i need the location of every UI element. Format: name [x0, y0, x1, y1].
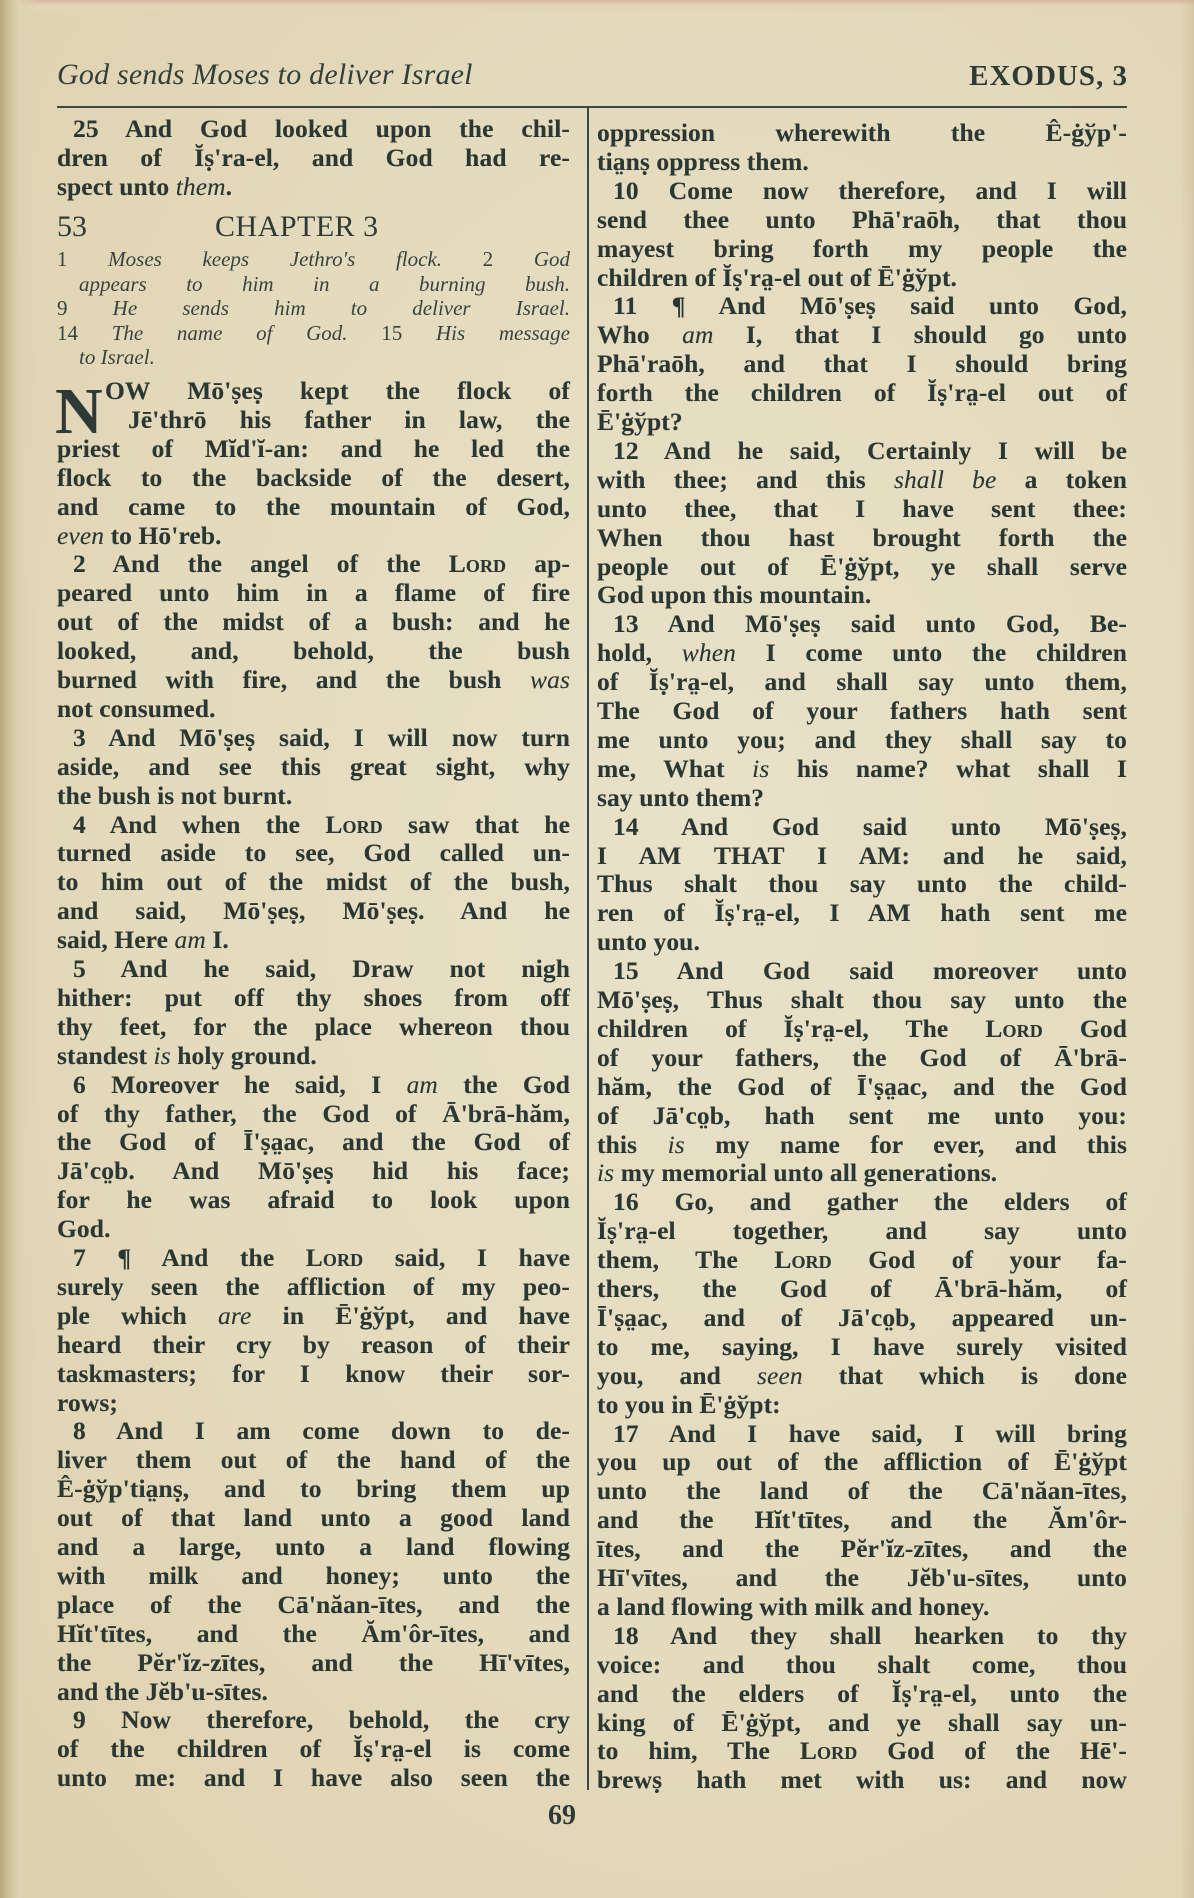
text-line: forth the children of Ĭṣ'ra̤-el out of [597, 378, 1127, 407]
text-segment: Hĭt'tītes, and the Ăm'ôr-ītes, and [57, 1619, 570, 1648]
text-segment: Jā'co̤b. And Mō'ṣeṣ hid his face; [57, 1156, 570, 1185]
italic-text: them [176, 172, 226, 201]
text-line: send thee unto Phā'raōh, that thou [597, 205, 1127, 234]
text-segment: to me, saying, I have surely visited [597, 1332, 1127, 1361]
text-segment: 17 And I have said, I will bring [613, 1419, 1127, 1448]
italic-text: are [218, 1301, 251, 1330]
text-segment: of the children of Ĭṣ'ra̤-el is come [57, 1734, 570, 1763]
small-caps-text: Lord [306, 1243, 363, 1272]
text-segment: ap- [506, 549, 570, 578]
text-segment: 18 And they shall hearken to thy [613, 1621, 1127, 1650]
text-segment: me unto you; and they shall say to [597, 725, 1127, 754]
text-segment: people out of Ē'ġўpt, ye shall serve [597, 552, 1127, 581]
text-line: Ĭṣ'ra̤-el together, and say unto [597, 1216, 1127, 1245]
text-segment: with thee; and this [597, 465, 894, 494]
text-segment: the God of Ī'ṣa̤ac, and the God of [57, 1127, 570, 1156]
text-line: the God of Ī'ṣa̤ac, and the God of [57, 1127, 570, 1156]
summary-text: He sends him to deliver Israel. [113, 296, 570, 320]
text-line: unto the land of the Cā'năan-ītes, [597, 1476, 1127, 1505]
text-line: 4 And when the Lord saw that he [57, 810, 570, 839]
text-segment: to him, The [597, 1736, 800, 1765]
text-segment: unto thee, that I have sent thee: [597, 494, 1127, 523]
text-segment: and the elders of Ĭṣ'ra̤-el, unto the [597, 1679, 1127, 1708]
text-segment: say unto them? [597, 783, 764, 812]
text-line: Jā'co̤b. And Mō'ṣeṣ hid his face; [57, 1156, 570, 1185]
text-segment: you, and [597, 1361, 757, 1390]
text-line: 6 Moreover he said, I am the God [57, 1070, 570, 1099]
text-segment: that which is done [803, 1361, 1127, 1390]
text-line: king of Ē'ġўpt, and ye shall say un- [597, 1708, 1127, 1737]
text-segment: rows; [57, 1388, 118, 1417]
italic-text: seen [757, 1361, 803, 1390]
text-segment: and said, Mō'ṣeṣ, Mō'ṣeṣ. And he [57, 896, 570, 925]
text-segment: 10 Come now therefore, and I will [613, 176, 1127, 205]
text-segment: a token [996, 465, 1127, 494]
header-rule [57, 106, 1127, 108]
text-segment: hăm, the God of Ī'ṣa̤ac, and the God [597, 1072, 1127, 1101]
summary-text: appears to him in a burning bush. [79, 272, 570, 296]
text-line: 25 And God looked upon the chil- [57, 114, 570, 143]
text-line: people out of Ē'ġўpt, ye shall serve [597, 552, 1127, 581]
text-segment: The God of your fathers hath sent [597, 696, 1127, 725]
text-line: and the elders of Ĭṣ'ra̤-el, unto the [597, 1679, 1127, 1708]
text-line: Ê-ġўp'tia̤nṣ, and to bring them up [57, 1474, 570, 1503]
text-segment: forth the children of Ĭṣ'ra̤-el out of [597, 378, 1127, 407]
text-segment: not consumed. [57, 694, 216, 723]
text-line: 3 And Mō'ṣeṣ said, I will now turn [57, 723, 570, 752]
text-line: children of Ĭṣ'ra̤-el, The Lord God [597, 1014, 1127, 1043]
text-line: surely seen the affliction of my peo- [57, 1272, 570, 1301]
text-segment: thy feet, for the place whereon thou [57, 1012, 570, 1041]
text-line: brewṣ hath met with us: and now [597, 1765, 1127, 1794]
text-segment: 7 ¶ And the [73, 1243, 306, 1272]
text-line: unto thee, that I have sent thee: [597, 494, 1127, 523]
italic-text: shall be [894, 465, 997, 494]
text-segment: Jē'thrō his father in law, the [128, 405, 570, 434]
text-segment: aside, and see this great sight, why [57, 752, 570, 781]
text-segment: in Ē'ġўpt, and have [251, 1301, 570, 1330]
text-segment: his name? what shall I [769, 754, 1127, 783]
section-number: 53 [57, 210, 87, 244]
text-line: rows; [57, 1388, 570, 1417]
text-segment: spect unto [57, 172, 176, 201]
text-line: of Ĭṣ'ra̤-el, and shall say unto them, [597, 667, 1127, 696]
text-segment: 5 And he said, Draw not nigh [73, 954, 570, 983]
text-line: Ī'ṣa̤ac, and of Jā'co̤b, appeared un- [597, 1303, 1127, 1332]
text-segment: the bush is not burnt. [57, 781, 292, 810]
text-line: Hĭt'tītes, and the Ăm'ôr-ītes, and [57, 1619, 570, 1648]
text-segment: to Hō'reb. [104, 521, 222, 550]
text-segment: Ē'ġўpt? [597, 407, 683, 436]
text-line: you, and seen that which is done [597, 1361, 1127, 1390]
text-line: not consumed. [57, 694, 570, 723]
text-segment: unto the land of the Cā'năan-ītes, [597, 1476, 1127, 1505]
text-line: 16 Go, and gather the elders of [597, 1187, 1127, 1216]
text-segment: hither: put off thy shoes from off [57, 983, 570, 1012]
text-line: taskmasters; for I know their sor- [57, 1359, 570, 1388]
text-segment: for he was afraid to look upon [57, 1185, 570, 1214]
text-line: 9 Now therefore, behold, the cry [57, 1705, 570, 1734]
text-segment: Ī'ṣa̤ac, and of Jā'co̤b, appeared un- [597, 1303, 1127, 1332]
text-segment: 6 Moreover he said, I [73, 1070, 407, 1099]
text-segment: send thee unto Phā'raōh, that thou [597, 205, 1127, 234]
text-segment: looked, and, behold, the bush [57, 636, 570, 665]
text-segment: the God [438, 1070, 570, 1099]
text-segment: liver them out of the hand of the [57, 1445, 570, 1474]
text-segment: of Ĭṣ'ra̤-el, and shall say unto them, [597, 667, 1127, 696]
text-line: 14 And God said unto Mō'ṣeṣ, [597, 812, 1127, 841]
text-line: and the Jĕb'u-sītes. [57, 1677, 570, 1706]
text-segment: voice: and thou shalt come, thou [597, 1650, 1127, 1679]
italic-text: was [530, 665, 570, 694]
text-line: 13 And Mō'ṣeṣ said unto God, Be- [597, 609, 1127, 638]
text-segment: taskmasters; for I know their sor- [57, 1359, 570, 1388]
text-line: say unto them? [597, 783, 1127, 812]
text-segment: God. [57, 1214, 111, 1243]
text-line: and came to the mountain of God, [57, 492, 570, 521]
text-line: me, What is his name? what shall I [597, 754, 1127, 783]
text-segment: and a large, unto a land flowing [57, 1532, 570, 1561]
small-caps-text: Lord [800, 1736, 857, 1765]
text-segment: Ê-ġўp'tia̤nṣ, and to bring them up [57, 1474, 570, 1503]
text-line: 10 Come now therefore, and I will [597, 176, 1127, 205]
text-line: unto me: and I have also seen the [57, 1763, 570, 1792]
italic-text: is [597, 1158, 614, 1187]
text-segment: king of Ē'ġўpt, and ye shall say un- [597, 1708, 1127, 1737]
italic-text: is [154, 1041, 171, 1070]
text-line: with milk and honey; unto the [57, 1561, 570, 1590]
text-segment: Phā'raōh, and that I should bring [597, 349, 1127, 378]
text-line: is my memorial unto all generations. [597, 1158, 1127, 1187]
italic-text: am [682, 320, 713, 349]
text-line: Thus shalt thou say unto the child- [597, 869, 1127, 898]
text-line: children of Ĭṣ'ra̤-el out of Ē'ġўpt. [597, 263, 1127, 292]
text-segment: to you in Ē'ġўpt: [597, 1390, 781, 1419]
text-line: me unto you; and they shall say to [597, 725, 1127, 754]
verse-ref: 9 [57, 296, 113, 320]
text-segment: turned aside to see, God called un- [57, 838, 570, 867]
text-line: with thee; and this shall be a token [597, 465, 1127, 494]
text-line: to him out of the midst of the bush, [57, 867, 570, 896]
text-line: you up out of the affliction of Ē'ġўpt [597, 1447, 1127, 1476]
text-segment: the Pĕr'ĭz-zītes, and the Hī'vītes, [57, 1648, 570, 1677]
text-segment: 25 And God looked upon the chil- [73, 114, 570, 143]
drop-cap: N [55, 383, 103, 441]
text-line: 12 And he said, Certainly I will be [597, 436, 1127, 465]
text-segment: Mō'ṣeṣ, Thus shalt thou say unto the [597, 985, 1127, 1014]
text-segment: Thus shalt thou say unto the child- [597, 869, 1127, 898]
text-segment: hold, [597, 638, 682, 667]
text-line: spect unto them. [57, 172, 570, 201]
small-caps-text: Lord [985, 1014, 1042, 1043]
text-line: for he was afraid to look upon [57, 1185, 570, 1214]
text-segment: God of your fa- [832, 1245, 1127, 1274]
text-line: God. [57, 1214, 570, 1243]
text-line: and said, Mō'ṣeṣ, Mō'ṣeṣ. And he [57, 896, 570, 925]
italic-text: when [682, 638, 736, 667]
summary-text: to Israel. [79, 345, 155, 369]
text-segment: them, The [597, 1245, 774, 1274]
text-line: Ē'ġўpt? [597, 407, 1127, 436]
text-line: this is my name for ever, and this [597, 1130, 1127, 1159]
summary-text: The name of God. [112, 321, 382, 345]
text-segment: said, Here [57, 925, 175, 954]
text-segment: God of the Hē'- [857, 1736, 1127, 1765]
text-segment: I AM THAT I AM: and he said, [597, 841, 1127, 870]
text-line: flock to the backside of the desert, [57, 463, 570, 492]
text-segment: saw that he [383, 810, 570, 839]
text-line: to you in Ē'ġўpt: [597, 1390, 1127, 1419]
running-title: God sends Moses to deliver Israel [57, 58, 473, 92]
text-segment: 4 And when the [73, 810, 325, 839]
text-line: peared unto him in a flame of fire [57, 578, 570, 607]
text-segment: ītes, and the Pĕr'ĭz-zītes, and the [597, 1534, 1127, 1563]
text-segment: 9 Now therefore, behold, the cry [73, 1705, 570, 1734]
italic-text: am [175, 925, 206, 954]
text-segment: unto me: and I have also seen the [57, 1763, 570, 1792]
italic-text: is [668, 1130, 685, 1159]
text-segment: surely seen the affliction of my peo- [57, 1272, 570, 1301]
text-line: heard their cry by reason of their [57, 1330, 570, 1359]
chapter-heading: CHAPTER 3 [215, 210, 379, 244]
text-line: hither: put off thy shoes from off [57, 983, 570, 1012]
text-line: a land flowing with milk and honey. [597, 1592, 1127, 1621]
text-line: priest of Mĭd'ĭ-an: and he led the [57, 434, 570, 463]
text-segment: place of the Cā'năan-ītes, and the [57, 1590, 570, 1619]
text-segment: 8 And I am come down to de- [73, 1416, 570, 1445]
text-line: The God of your fathers hath sent [597, 696, 1127, 725]
text-line: hold, when I come unto the children [597, 638, 1127, 667]
text-segment: this [597, 1130, 668, 1159]
text-line: of your fathers, the God of Ā'brā- [597, 1043, 1127, 1072]
text-segment: and the Hĭt'tītes, and the Ăm'ôr- [597, 1505, 1127, 1534]
text-segment: burned with fire, and the bush [57, 665, 530, 694]
text-segment: dren of Ĭṣ'ra-el, and God had re- [57, 143, 570, 172]
summary-line: to Israel. [57, 345, 570, 369]
text-segment: of thy father, the God of Ā'brā-hăm, [57, 1099, 570, 1128]
summary-line: 14 The name of God. 15 His message [57, 321, 570, 345]
summary-line: 1 Moses keeps Jethro's flock. 2 God [57, 247, 570, 271]
text-line: Who am I, that I should go unto [597, 320, 1127, 349]
text-line: turned aside to see, God called un- [57, 838, 570, 867]
text-line: OW Mō'ṣeṣ kept the flock of [105, 376, 570, 405]
italic-text: even [57, 521, 104, 550]
text-line: the Pĕr'ĭz-zītes, and the Hī'vītes, [57, 1648, 570, 1677]
small-caps-text: Lord [325, 810, 382, 839]
text-segment: OW Mō'ṣeṣ kept the flock of [105, 376, 570, 405]
verse-ref: 15 [381, 321, 436, 345]
text-line: oppression wherewith the Ê-ġўp'- [597, 118, 1127, 147]
text-segment: said, I have [363, 1243, 570, 1272]
text-segment: mayest bring forth my people the [597, 234, 1127, 263]
summary-text: God [534, 247, 570, 271]
text-segment: ple which [57, 1301, 218, 1330]
text-segment: . [226, 172, 232, 201]
text-line: even to Hō'reb. [57, 521, 570, 550]
text-line: liver them out of the hand of the [57, 1445, 570, 1474]
text-line: 5 And he said, Draw not nigh [57, 954, 570, 983]
text-segment: a land flowing with milk and honey. [597, 1592, 990, 1621]
text-line: 2 And the angel of the Lord ap- [57, 549, 570, 578]
text-line: 8 And I am come down to de- [57, 1416, 570, 1445]
text-line: hăm, the God of Ī'ṣa̤ac, and the God [597, 1072, 1127, 1101]
text-segment: out of that land unto a good land [57, 1503, 570, 1532]
text-line: burned with fire, and the bush was [57, 665, 570, 694]
text-segment: children of Ĭṣ'ra̤-el out of Ē'ġўpt. [597, 263, 957, 292]
text-segment: Who [597, 320, 682, 349]
text-segment: tia̤nṣ oppress them. [597, 147, 809, 176]
text-line: of Jā'co̤b, hath sent me unto you: [597, 1101, 1127, 1130]
text-segment: me, What [597, 754, 752, 783]
text-segment: my name for ever, and this [685, 1130, 1127, 1159]
text-line: dren of Ĭṣ'ra-el, and God had re- [57, 143, 570, 172]
text-segment: of your fathers, the God of Ā'brā- [597, 1043, 1127, 1072]
text-segment: flock to the backside of the desert, [57, 463, 570, 492]
text-segment: with milk and honey; unto the [57, 1561, 570, 1590]
text-line: God upon this mountain. [597, 580, 1127, 609]
text-segment: 11 ¶ And Mō'ṣeṣ said unto God, [613, 291, 1127, 320]
text-line: thers, the God of Ā'brā-hăm, of [597, 1274, 1127, 1303]
text-segment: peared unto him in a flame of fire [57, 578, 570, 607]
text-line: of thy father, the God of Ā'brā-hăm, [57, 1099, 570, 1128]
text-line: said, Here am I. [57, 925, 570, 954]
text-line: ren of Ĭṣ'ra̤-el, I AM hath sent me [597, 898, 1127, 927]
summary-text: His message [436, 321, 570, 345]
italic-text: am [407, 1070, 438, 1099]
text-segment: my memorial unto all generations. [614, 1158, 997, 1187]
text-segment: children of Ĭṣ'ra̤-el, The [597, 1014, 985, 1043]
text-line: them, The Lord God of your fa- [597, 1245, 1127, 1274]
small-caps-text: Lord [774, 1245, 831, 1274]
verse-ref: 1 [57, 247, 108, 271]
text-segment: ren of Ĭṣ'ra̤-el, I AM hath sent me [597, 898, 1127, 927]
page-edge [1180, 0, 1194, 1898]
column-divider [587, 108, 589, 1790]
text-segment: 15 And God said moreover unto [613, 956, 1127, 985]
text-line: I AM THAT I AM: and he said, [597, 841, 1127, 870]
text-line: to me, saying, I have surely visited [597, 1332, 1127, 1361]
text-line: the bush is not burnt. [57, 781, 570, 810]
text-line: mayest bring forth my people the [597, 234, 1127, 263]
text-segment: I, that I should go unto [713, 320, 1127, 349]
text-segment: heard their cry by reason of their [57, 1330, 570, 1359]
verse-ref: 2 [483, 247, 534, 271]
text-segment: God [1043, 1014, 1127, 1043]
text-line: standest is holy ground. [57, 1041, 570, 1070]
text-line: unto you. [597, 927, 1127, 956]
text-segment: brewṣ hath met with us: and now [597, 1765, 1127, 1794]
text-line: of the children of Ĭṣ'ra̤-el is come [57, 1734, 570, 1763]
text-line: out of that land unto a good land [57, 1503, 570, 1532]
summary-line: 9 He sends him to deliver Israel. [57, 296, 570, 320]
text-segment: of Jā'co̤b, hath sent me unto you: [597, 1101, 1127, 1130]
running-reference: EXODUS, 3 [969, 60, 1128, 93]
text-line: When thou hast brought forth the [597, 523, 1127, 552]
text-segment: I. [206, 925, 229, 954]
text-line: to him, The Lord God of the Hē'- [597, 1736, 1127, 1765]
text-segment: thers, the God of Ā'brā-hăm, of [597, 1274, 1127, 1303]
text-segment: Ĭṣ'ra̤-el together, and say unto [597, 1216, 1127, 1245]
text-segment: standest [57, 1041, 154, 1070]
text-line: ple which are in Ē'ġўpt, and have [57, 1301, 570, 1330]
text-line: place of the Cā'năan-ītes, and the [57, 1590, 570, 1619]
text-line: looked, and, behold, the bush [57, 636, 570, 665]
text-segment: 12 And he said, Certainly I will be [613, 436, 1127, 465]
text-line: aside, and see this great sight, why [57, 752, 570, 781]
text-segment: oppression wherewith the Ê-ġўp'- [597, 118, 1127, 147]
text-line: tia̤nṣ oppress them. [597, 147, 1127, 176]
text-line: and the Hĭt'tītes, and the Ăm'ôr- [597, 1505, 1127, 1534]
text-segment: you up out of the affliction of Ē'ġўpt [597, 1447, 1127, 1476]
text-segment: 2 And the angel of the [73, 549, 449, 578]
text-segment: 14 And God said unto Mō'ṣeṣ, [613, 812, 1127, 841]
text-line: ītes, and the Pĕr'ĭz-zītes, and the [597, 1534, 1127, 1563]
summary-line: appears to him in a burning bush. [57, 272, 570, 296]
text-segment: holy ground. [171, 1041, 317, 1070]
text-segment: priest of Mĭd'ĭ-an: and he led the [57, 434, 570, 463]
text-segment: 13 And Mō'ṣeṣ said unto God, Be- [613, 609, 1127, 638]
text-line: 17 And I have said, I will bring [597, 1419, 1127, 1448]
small-caps-text: Lord [449, 549, 506, 578]
summary-text: Moses keeps Jethro's flock. [108, 247, 483, 271]
text-line: 18 And they shall hearken to thy [597, 1621, 1127, 1650]
text-segment: to him out of the midst of the bush, [57, 867, 570, 896]
text-line: voice: and thou shalt come, thou [597, 1650, 1127, 1679]
text-line: 15 And God said moreover unto [597, 956, 1127, 985]
italic-text: is [752, 754, 769, 783]
text-line: thy feet, for the place whereon thou [57, 1012, 570, 1041]
page-number: 69 [548, 1800, 576, 1832]
text-line: 7 ¶ And the Lord said, I have [57, 1243, 570, 1272]
text-segment: I come unto the children [736, 638, 1127, 667]
text-line: 11 ¶ And Mō'ṣeṣ said unto God, [597, 291, 1127, 320]
text-segment: 3 And Mō'ṣeṣ said, I will now turn [73, 723, 570, 752]
verse-ref: 14 [57, 321, 112, 345]
text-segment: and came to the mountain of God, [57, 492, 570, 521]
text-line: Jē'thrō his father in law, the [128, 405, 570, 434]
text-segment: out of the midst of a bush: and he [57, 607, 570, 636]
text-line: out of the midst of a bush: and he [57, 607, 570, 636]
text-segment: 16 Go, and gather the elders of [613, 1187, 1127, 1216]
text-segment: unto you. [597, 927, 700, 956]
text-line: Phā'raōh, and that I should bring [597, 349, 1127, 378]
text-line: and a large, unto a land flowing [57, 1532, 570, 1561]
text-segment: God upon this mountain. [597, 580, 871, 609]
text-segment: Hī'vītes, and the Jĕb'u-sītes, unto [597, 1563, 1127, 1592]
text-segment: When thou hast brought forth the [597, 523, 1127, 552]
text-line: Hī'vītes, and the Jĕb'u-sītes, unto [597, 1563, 1127, 1592]
text-line: Mō'ṣeṣ, Thus shalt thou say unto the [597, 985, 1127, 1014]
text-segment: and the Jĕb'u-sītes. [57, 1677, 268, 1706]
